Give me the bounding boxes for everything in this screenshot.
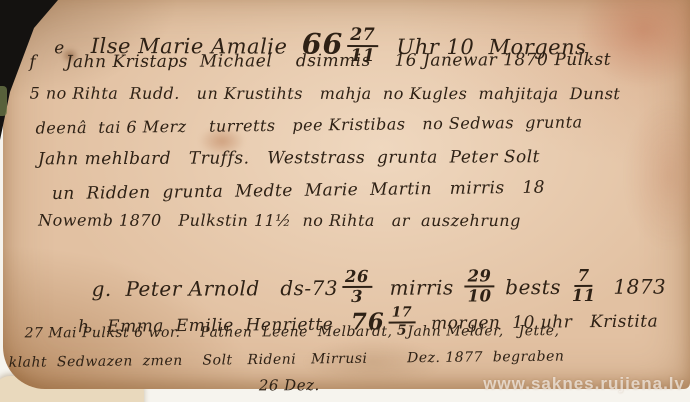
manuscript-line-3: 5 no Rihta Rudd. un Krustihts mahja no K… bbox=[30, 86, 684, 118]
entry-text: h Emma Emilie Henriette bbox=[78, 314, 351, 337]
manuscript-line-9: h Emma Emilie Henriette 76175 morgen 10 … bbox=[42, 288, 684, 328]
date-fraction: 175 bbox=[389, 306, 416, 338]
entry-text: morgen 10 uhr Kristita bbox=[419, 311, 658, 333]
entry-letter: e bbox=[54, 37, 64, 57]
manuscript-line-1: eIlse Marie Amalie 662711 Uhr 10 Morgens bbox=[11, 6, 683, 54]
entry-text: Uhr 10 Morgens bbox=[382, 35, 586, 60]
manuscript-line-7: Nowemb 1870 Pulkstin 11½ no Rihta ar aus… bbox=[38, 213, 684, 251]
age-number: 66 bbox=[302, 27, 344, 61]
date-fraction: 2711 bbox=[347, 27, 378, 66]
manuscript-line-8: g. Peter Arnold ds-73263 mirris 2910 bes… bbox=[50, 249, 684, 293]
scanned-manuscript-page: eIlse Marie Amalie 662711 Uhr 10 Morgens… bbox=[0, 0, 690, 402]
watermark: www.saknes.rujiena.lv bbox=[483, 374, 685, 394]
age-number: 76 bbox=[351, 308, 385, 335]
manuscript-line-4: deenâ tai 6 Merz turretts pee Kristibas … bbox=[36, 113, 684, 153]
entry-text: Ilse Marie Amalie bbox=[91, 34, 302, 59]
manuscript-content: eIlse Marie Amalie 662711 Uhr 10 Morgens… bbox=[0, 0, 690, 402]
